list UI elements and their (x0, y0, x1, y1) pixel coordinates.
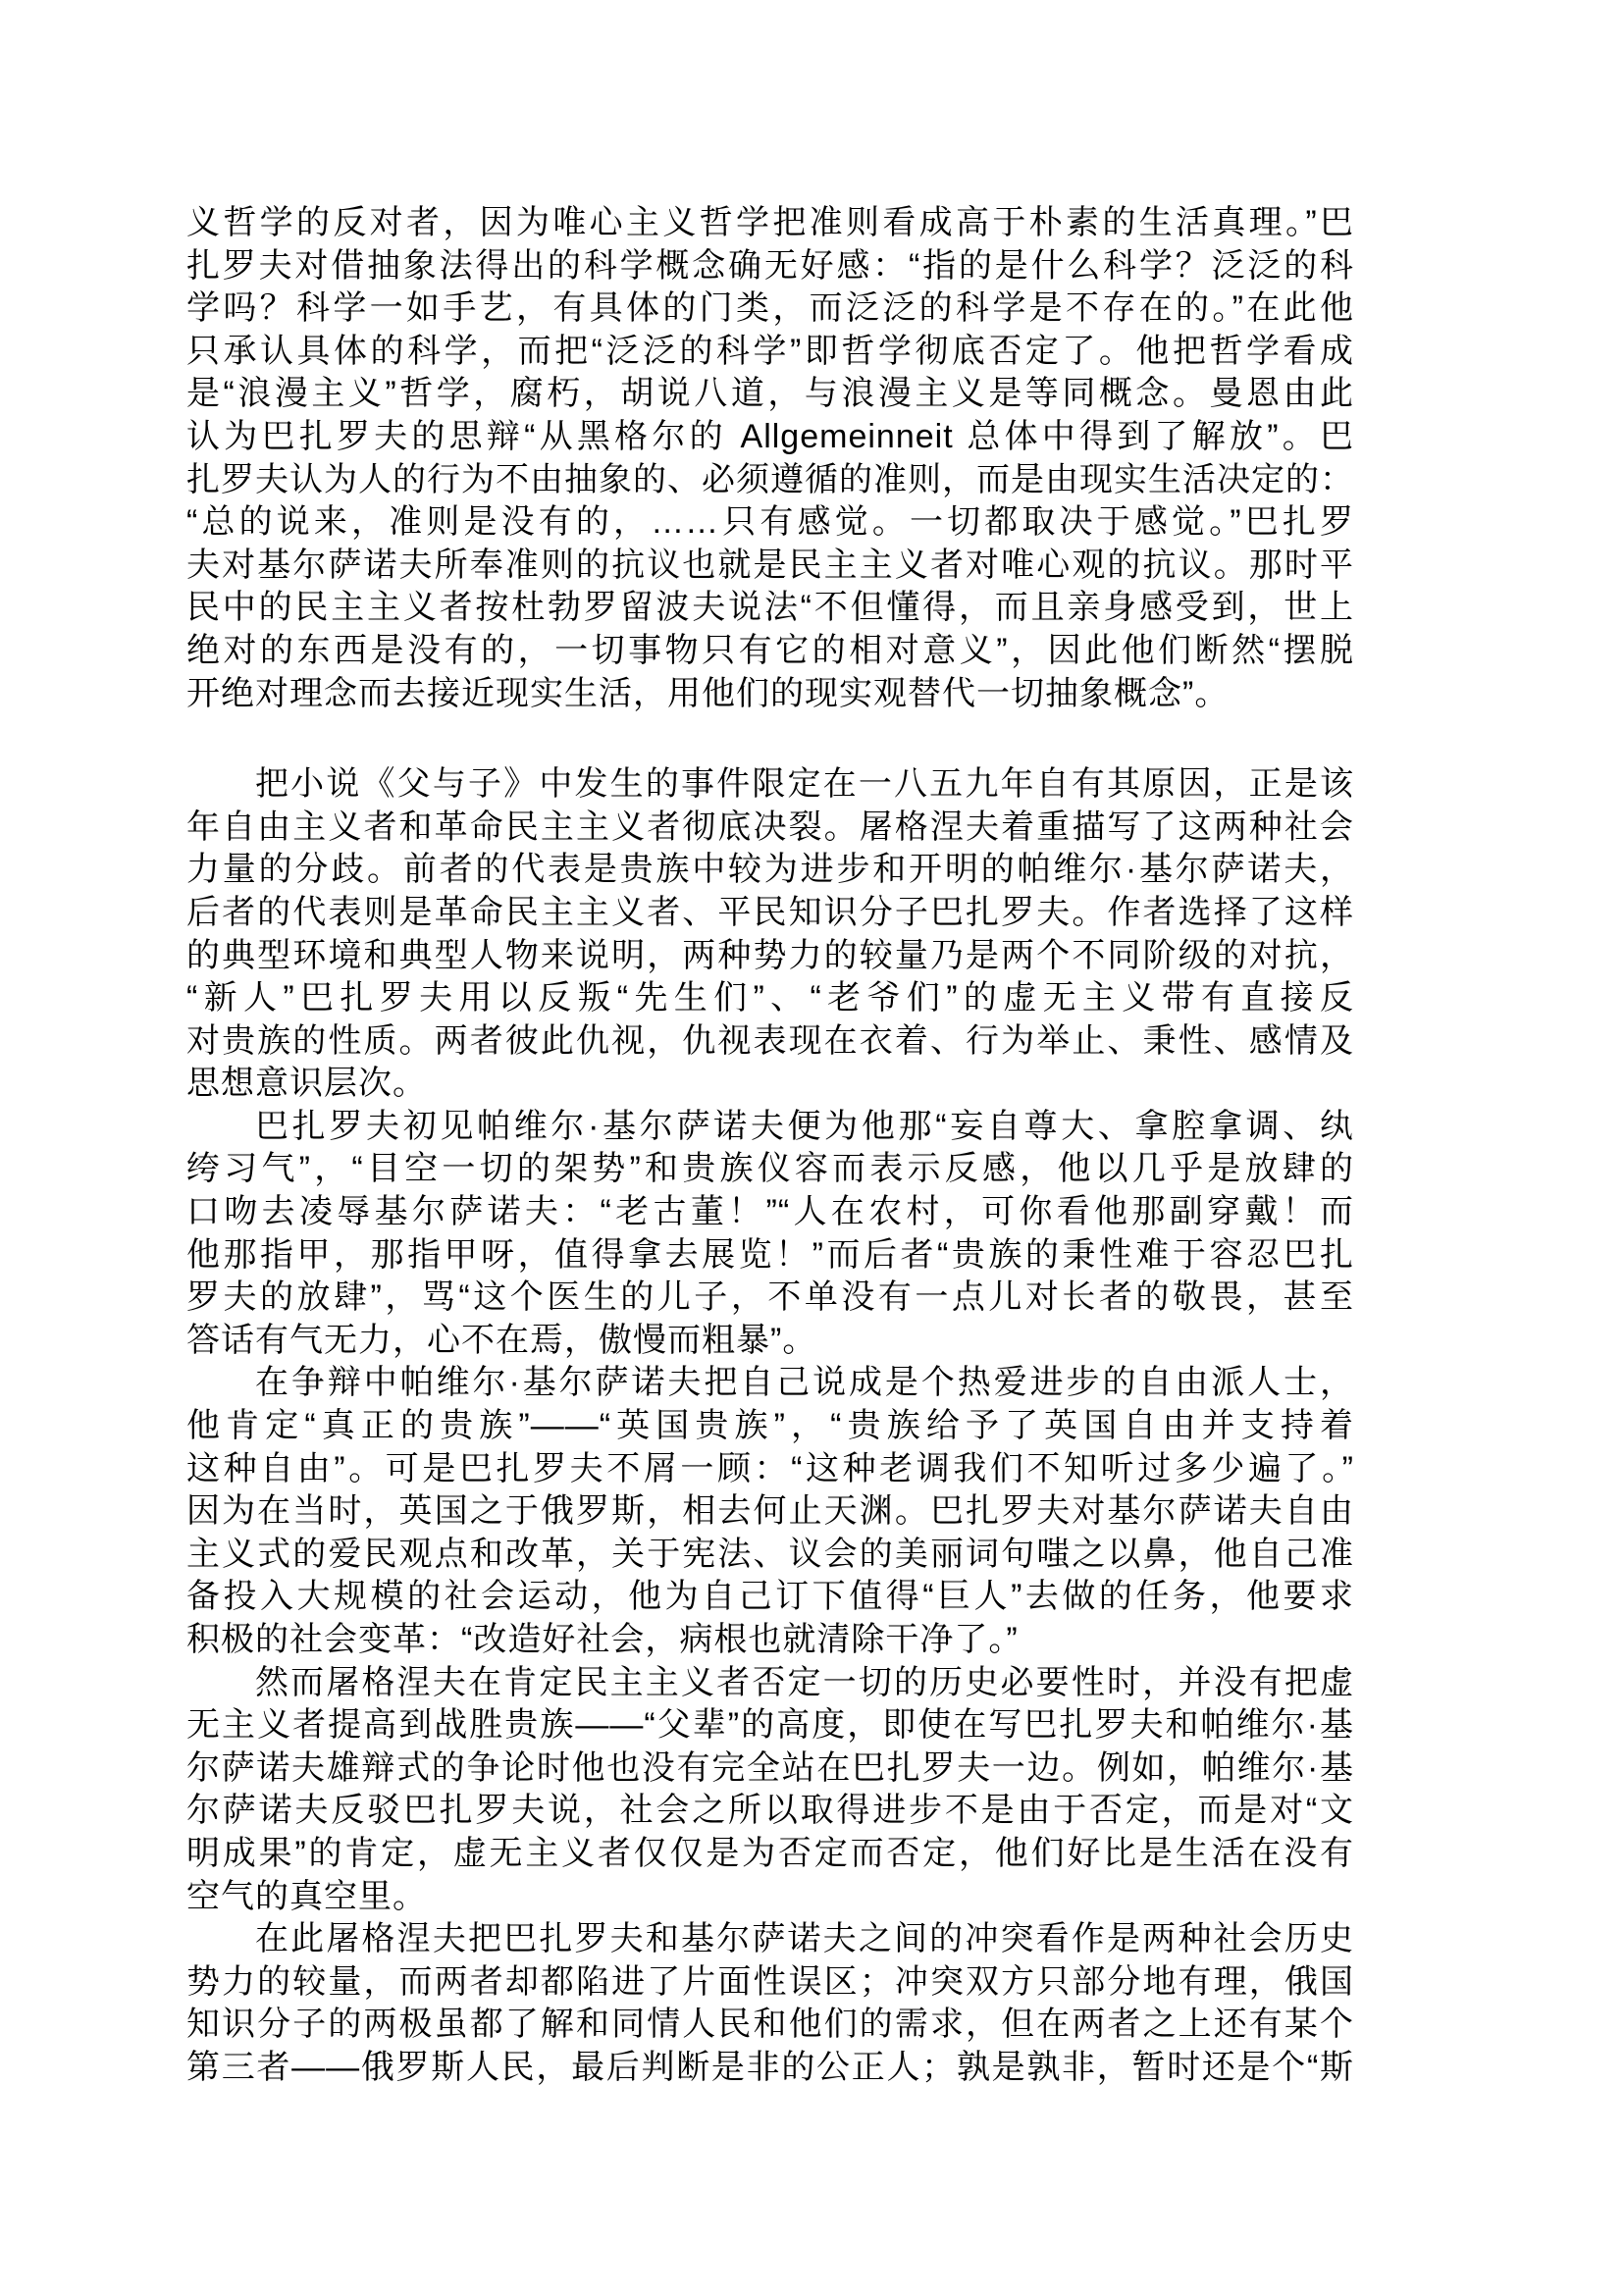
paragraph-spacer (186, 715, 1354, 763)
text-line: 扎罗夫认为人的行为不由抽象的、必须遵循的准则，而是由现实生活决定的： (186, 459, 1354, 502)
paragraph-1: 义哲学的反对者，因为唯心主义哲学把准则看成高于朴素的生活真理。”巴 扎罗夫对借抽… (186, 202, 1354, 715)
text-line: 明成果”的肯定，虚无主义者仅仅是为否定而否定，他们好比是生活在没有 (186, 1833, 1354, 1876)
text-line: 夫对基尔萨诺夫所奉准则的抗议也就是民主主义者对唯心观的抗议。那时平 (186, 545, 1354, 588)
text-line: 在此屠格涅夫把巴扎罗夫和基尔萨诺夫之间的冲突看作是两种社会历史 (186, 1918, 1354, 1961)
text-line: 尔萨诺夫雄辩式的争论时他也没有完全站在巴扎罗夫一边。例如，帕维尔·基 (186, 1747, 1354, 1791)
text-line: 扎罗夫对借抽象法得出的科学概念确无好感：“指的是什么科学？泛泛的科 (186, 245, 1354, 288)
text-block: 义哲学的反对者，因为唯心主义哲学把准则看成高于朴素的生活真理。”巴 扎罗夫对借抽… (186, 202, 1354, 2090)
text-line: 势力的较量，而两者却都陷进了片面性误区；冲突双方只部分地有理，俄国 (186, 1961, 1354, 2005)
text-line: 巴扎罗夫初见帕维尔·基尔萨诺夫便为他那“妄自尊大、拿腔拿调、纨 (186, 1106, 1354, 1149)
paragraph-6: 在此屠格涅夫把巴扎罗夫和基尔萨诺夫之间的冲突看作是两种社会历史 势力的较量，而两… (186, 1918, 1354, 2089)
text-line: 只承认具体的科学，而把“泛泛的科学”即哲学彻底否定了。他把哲学看成 (186, 331, 1354, 374)
text-line: 认为巴扎罗夫的思辩“从黑格尔的 Allgemeinneit 总体中得到了解放”。… (186, 416, 1354, 459)
paragraph-4: 在争辩中帕维尔·基尔萨诺夫把自己说成是个热爱进步的自由派人士， 他肯定“真正的贵… (186, 1362, 1354, 1661)
text-line: “新人”巴扎罗夫用以反叛“先生们”、“老爷们”的虚无主义带有直接反 (186, 977, 1354, 1020)
text-line: 口吻去凌辱基尔萨诺夫：“老古董！”“人在农村，可你看他那副穿戴！而 (186, 1191, 1354, 1234)
text-line: 这种自由”。可是巴扎罗夫不屑一顾：“这种老调我们不知听过多少遍了。” (186, 1448, 1354, 1491)
text-line: 第三者——俄罗斯人民，最后判断是非的公正人；孰是孰非，暂时还是个“斯 (186, 2047, 1354, 2090)
text-line: 对贵族的性质。两者彼此仇视，仇视表现在衣着、行为举止、秉性、感情及 (186, 1020, 1354, 1064)
paragraph-5: 然而屠格涅夫在肯定民主主义者否定一切的历史必要性时，并没有把虚 无主义者提高到战… (186, 1662, 1354, 1919)
text-line: 的典型环境和典型人物来说明，两种势力的较量乃是两个不同阶级的对抗， (186, 935, 1354, 978)
text-line: 绝对的东西是没有的，一切事物只有它的相对意义”，因此他们断然“摆脱 (186, 630, 1354, 673)
text-line: 因为在当时，英国之于俄罗斯，相去何止天渊。巴扎罗夫对基尔萨诺夫自由 (186, 1490, 1354, 1534)
paragraph-3: 巴扎罗夫初见帕维尔·基尔萨诺夫便为他那“妄自尊大、拿腔拿调、纨 绔习气”，“目空… (186, 1106, 1354, 1363)
text-line: 后者的代表则是革命民主主义者、平民知识分子巴扎罗夫。作者选择了这样 (186, 892, 1354, 935)
text-line: 答话有气无力，心不在焉，傲慢而粗暴”。 (186, 1320, 1354, 1363)
text-line: 力量的分歧。前者的代表是贵族中较为进步和开明的帕维尔·基尔萨诺夫， (186, 849, 1354, 892)
text-line: 罗夫的放肆”，骂“这个医生的儿子，不单没有一点儿对长者的敬畏，甚至 (186, 1277, 1354, 1320)
document-page: 义哲学的反对者，因为唯心主义哲学把准则看成高于朴素的生活真理。”巴 扎罗夫对借抽… (0, 0, 1624, 2294)
text-line: 知识分子的两极虽都了解和同情人民和他们的需求，但在两者之上还有某个 (186, 2004, 1354, 2047)
text-line: 空气的真空里。 (186, 1876, 1354, 1919)
text-line: 学吗？科学一如手艺，有具体的门类，而泛泛的科学是不存在的。”在此他 (186, 287, 1354, 331)
paragraph-2: 把小说《父与子》中发生的事件限定在一八五九年自有其原因，正是该 年自由主义者和革… (186, 763, 1354, 1106)
text-line: 民中的民主主义者按杜勃罗留波夫说法“不但懂得，而且亲身感受到，世上 (186, 587, 1354, 630)
text-line: 无主义者提高到战胜贵族——“父辈”的高度，即使在写巴扎罗夫和帕维尔·基 (186, 1704, 1354, 1747)
text-line: “总的说来，准则是没有的，……只有感觉。一切都取决于感觉。”巴扎罗 (186, 501, 1354, 545)
text-line: 他那指甲，那指甲呀，值得拿去展览！”而后者“贵族的秉性难于容忍巴扎 (186, 1234, 1354, 1277)
text-line: 是“浪漫主义”哲学，腐朽，胡说八道，与浪漫主义是等同概念。曼恩由此 (186, 373, 1354, 416)
text-line: 主义式的爱民观点和改革，关于宪法、议会的美丽词句嗤之以鼻，他自己准 (186, 1534, 1354, 1577)
text-line: 备投入大规模的社会运动，他为自己订下值得“巨人”去做的任务，他要求 (186, 1576, 1354, 1619)
text-line: 在争辩中帕维尔·基尔萨诺夫把自己说成是个热爱进步的自由派人士， (186, 1362, 1354, 1405)
text-line: 义哲学的反对者，因为唯心主义哲学把准则看成高于朴素的生活真理。”巴 (186, 202, 1354, 245)
text-line: 尔萨诺夫反驳巴扎罗夫说，社会之所以取得进步不是由于否定，而是对“文 (186, 1790, 1354, 1833)
text-line: 绔习气”，“目空一切的架势”和贵族仪容而表示反感，他以几乎是放肆的 (186, 1148, 1354, 1191)
text-line: 然而屠格涅夫在肯定民主主义者否定一切的历史必要性时，并没有把虚 (186, 1662, 1354, 1705)
text-line: 开绝对理念而去接近现实生活，用他们的现实观替代一切抽象概念”。 (186, 673, 1354, 716)
text-line: 思想意识层次。 (186, 1063, 1354, 1106)
text-line: 他肯定“真正的贵族”——“英国贵族”，“贵族给予了英国自由并支持着 (186, 1405, 1354, 1448)
text-line: 积极的社会变革：“改造好社会，病根也就清除干净了。” (186, 1619, 1354, 1662)
text-line: 把小说《父与子》中发生的事件限定在一八五九年自有其原因，正是该 (186, 763, 1354, 807)
text-line: 年自由主义者和革命民主主义者彻底决裂。屠格涅夫着重描写了这两种社会 (186, 807, 1354, 850)
